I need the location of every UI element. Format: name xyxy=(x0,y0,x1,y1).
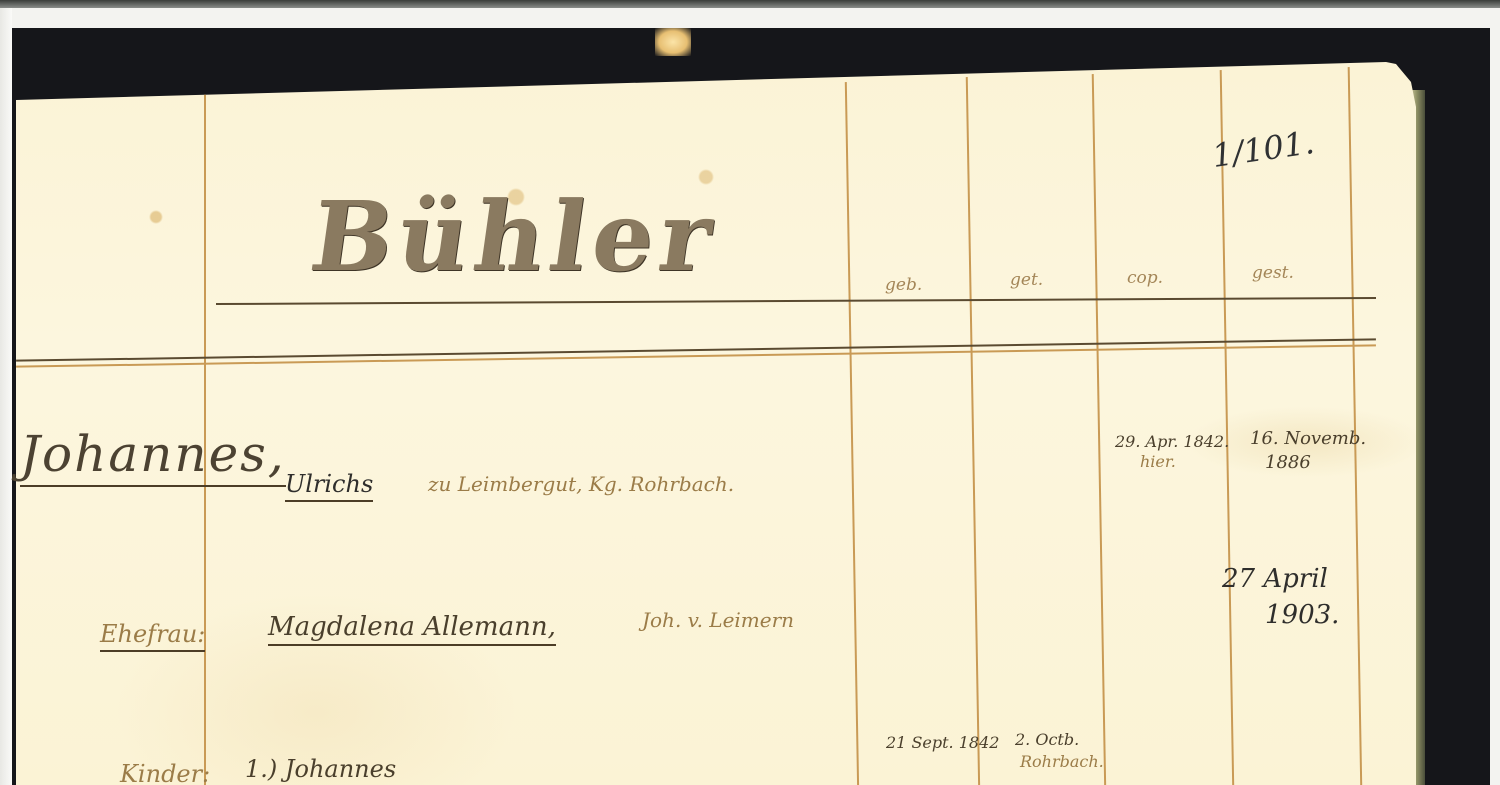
wife-gest-line2: 1903. xyxy=(1265,600,1339,630)
light-reflection xyxy=(655,28,691,56)
column-rule xyxy=(1220,70,1234,785)
head-gest-line1: 16. Novemb. xyxy=(1250,428,1366,449)
wife-name: Magdalena Allemann, xyxy=(268,612,556,646)
head-gest-line2: 1886 xyxy=(1265,452,1311,473)
column-rule xyxy=(966,77,980,785)
column-header-cop: cop. xyxy=(1127,268,1163,288)
column-header-geb: geb. xyxy=(885,275,922,295)
child-get-line2: Rohrbach. xyxy=(1020,752,1104,771)
head-given-name: Johannes, xyxy=(20,425,286,487)
column-header-get: get. xyxy=(1010,270,1043,290)
scanner-top-edge xyxy=(0,0,1500,8)
head-father-name: Ulrichs xyxy=(285,470,373,502)
first-child-name: 1.) Johannes xyxy=(245,755,396,783)
child-get-line1: 2. Octb. xyxy=(1015,730,1079,749)
head-origin: zu Leimbergut, Kg. Rohrbach. xyxy=(428,472,734,496)
column-rule xyxy=(1092,74,1106,785)
child-geb-date: 21 Sept. 1842 xyxy=(886,733,999,752)
column-header-gest: gest. xyxy=(1252,263,1294,283)
register-page xyxy=(16,62,1416,785)
children-label: Kinder: xyxy=(120,760,210,785)
wife-gest-line1: 27 April xyxy=(1222,564,1328,594)
head-cop-place: hier. xyxy=(1140,452,1176,471)
surname-heading: Bühler xyxy=(304,180,725,293)
wife-label: Ehefrau: xyxy=(100,620,205,652)
column-rule xyxy=(845,82,859,785)
header-rule xyxy=(216,297,1376,305)
header-rule xyxy=(16,338,1376,361)
head-cop-date: 29. Apr. 1842. xyxy=(1115,432,1229,451)
column-rule xyxy=(1348,67,1362,785)
scan-left-edge xyxy=(0,8,12,785)
wife-detail: Joh. v. Leimern xyxy=(642,608,794,632)
